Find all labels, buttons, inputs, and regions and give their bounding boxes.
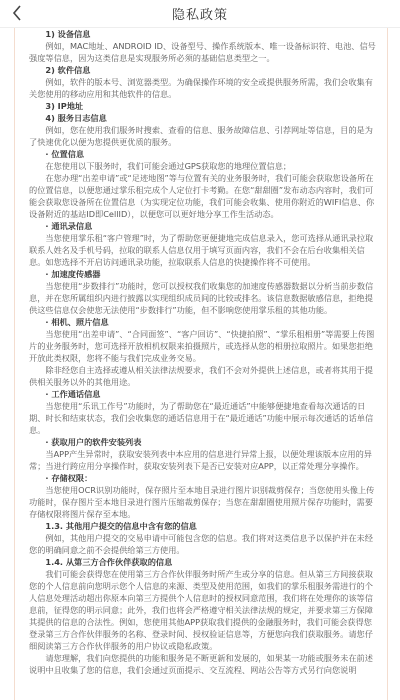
paragraph: 除非经您自主选择或遵从相关法律法规要求，我们不会对外提供上述信息，或者将其用于提… [29,364,377,388]
paragraph: 当您使用“乐讯工作号”功能时，为了帮助您在“最近通话”中能够便捷地查看每次通话的… [29,400,377,436]
section-heading: 2) 软件信息 [29,64,377,76]
section-heading: 3) IP地址 [29,100,377,112]
back-button[interactable] [6,2,28,24]
top-nav-bar: 隐私政策 [0,0,400,28]
section-heading: 1.3. 其他用户提交的信息中含有您的信息 [29,520,377,532]
paragraph: 例如，您在使用我们服务时搜索、查看的信息、服务故障信息、引荐网址等信息，目的是为… [29,124,377,148]
paragraph: 请您理解，我们向您提供的功能和服务是不断更新和发展的，如果某一功能或服务未在前述… [29,652,377,676]
section-heading: · 获取用户的软件安装列表 [29,436,377,448]
policy-scroll-area[interactable]: 为提供服务，我们可能会收集以下设备信息： 1) 设备信息例如，MAC地址、AND… [14,20,388,700]
section-heading: · 相机、照片信息 [29,316,377,328]
paragraph: 当您使用“出差申请”、“合同面签”、“客户回访”、“快捷拍照”、“掌乐租相册”等… [29,328,377,364]
section-heading: · 位置信息 [29,148,377,160]
section-heading: · 工作通话信息 [29,388,377,400]
section-heading: 1) 设备信息 [29,28,377,40]
paragraph: 当您使用“步数排行”功能时，您可以授权我们收集您的加速度传感器数据以分析当前步数… [29,280,377,316]
section-heading: 1.4. 从第三方合作伙伴获取的信息 [29,556,377,568]
policy-content: 为提供服务，我们可能会收集以下设备信息： 1) 设备信息例如，MAC地址、AND… [15,20,387,676]
paragraph: 在您办理“出差申请”或“足迹地图”等与位置有关的业务服务时，我们可能会获取您设备… [29,172,377,220]
section-heading: · 加速度传感器 [29,268,377,280]
chevron-left-icon [12,5,22,21]
section-heading: · 存储权限： [29,472,377,484]
paragraph: 在您使用以下服务时，我们可能会通过GPS获取您的地理位置信息； [29,160,377,172]
paragraph: 例如，软件的版本号、浏览器类型。为确保操作环境的安全或提供服务所需，我们会收集有… [29,76,377,100]
paragraph: 我们可能会获得您在使用第三方合作伙伴服务时所产生或分享的信息。但从第三方间接获取… [29,568,377,652]
paragraph: 当您使用OCR识别功能时，保存照片至本地目录进行图片识别裁剪保存；当您使用头像上… [29,484,377,520]
section-heading: · 通讯录信息 [29,220,377,232]
paragraph: 例如，MAC地址、ANDROID ID、设备型号、操作系统版本、唯一设备标识符、… [29,40,377,64]
section-heading: 4) 服务日志信息 [29,112,377,124]
paragraph: 例如，其他用户提交的交易申请中可能包含您的信息。我们将对这类信息予以保护并在未经… [29,532,377,556]
page-title: 隐私政策 [172,4,228,23]
paragraph: 当您使用掌乐租“客户管理”时，为了帮助您更便捷地完成信息录入，您可选择从通讯录拉… [29,232,377,268]
paragraph: 当APP产生异常时，获取安装列表中本应用的信息进行异常上报，以便处理该版本应用的… [29,448,377,472]
